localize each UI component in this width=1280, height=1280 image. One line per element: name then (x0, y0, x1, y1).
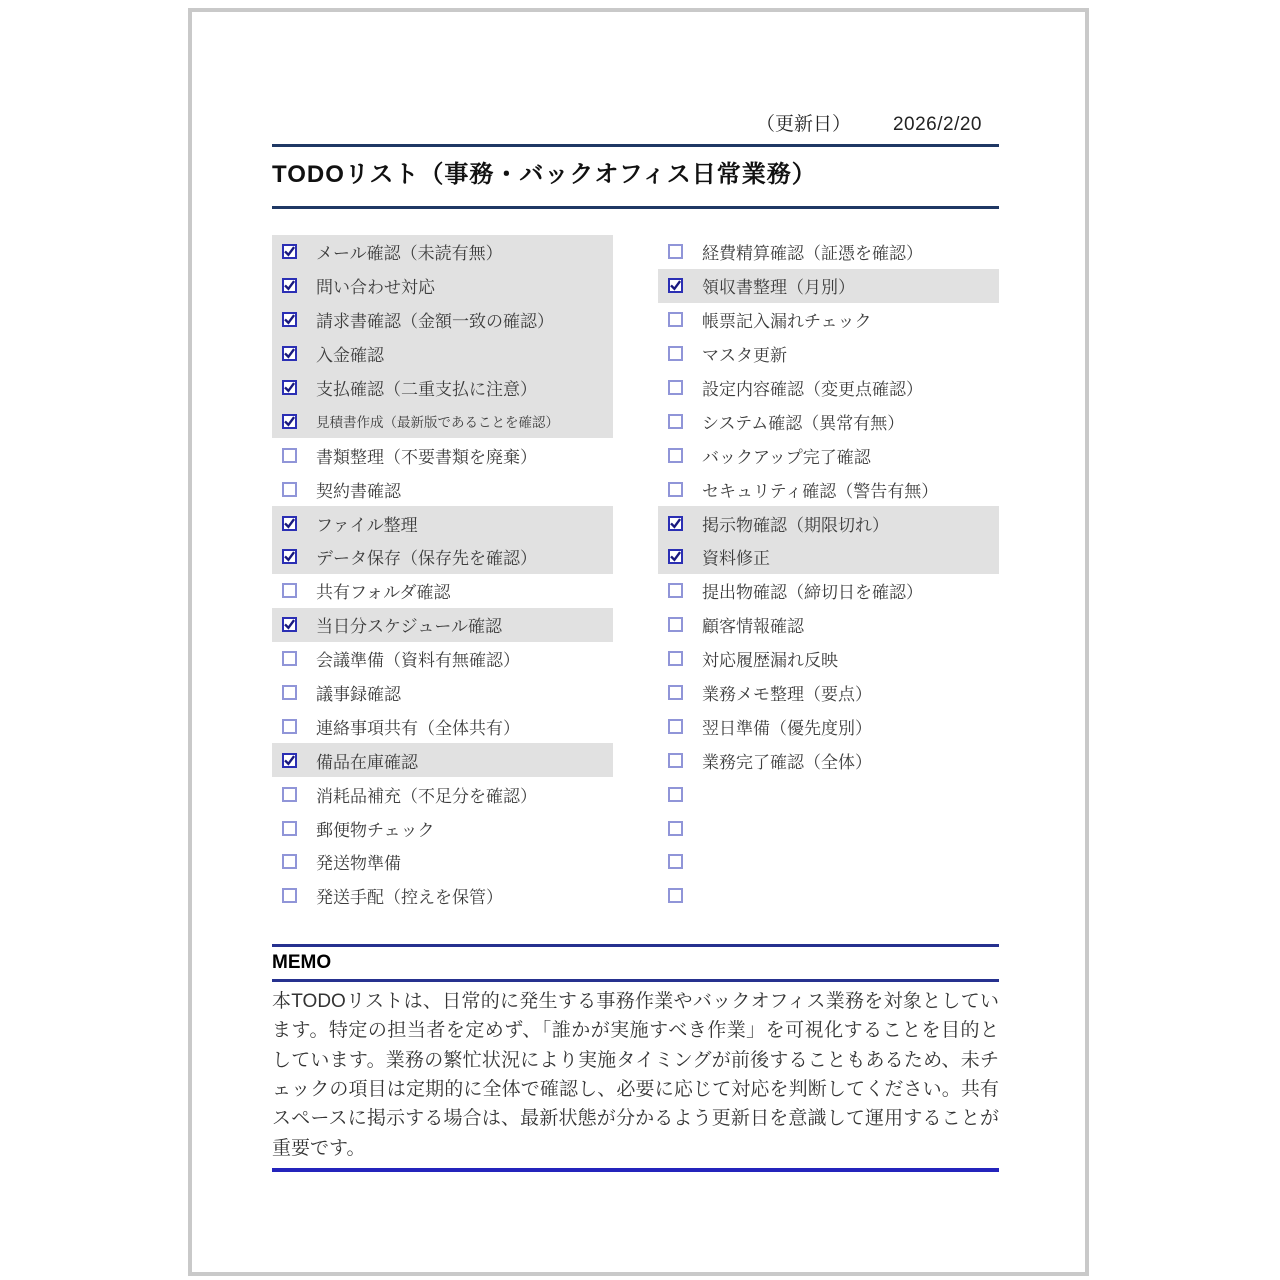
todo-row (658, 811, 999, 845)
todo-row: システム確認（異常有無） (658, 404, 999, 438)
todo-checkbox[interactable] (282, 888, 297, 903)
todo-checkbox[interactable] (668, 617, 683, 632)
check-icon (284, 381, 295, 394)
todo-checkbox[interactable] (668, 719, 683, 734)
todo-item-label: システム確認（異常有無） (702, 409, 904, 434)
todo-item-label: 提出物確認（締切日を確認） (702, 578, 923, 603)
todo-checklist: メール確認（未読有無） 問い合わせ対応 請求書確認（金額一致の確認） 入金確認 (272, 235, 999, 913)
todo-row: 翌日準備（優先度別） (658, 709, 999, 743)
updated-date-label: （更新日） (756, 114, 851, 135)
todo-checkbox[interactable] (668, 278, 683, 293)
check-icon (284, 754, 295, 767)
todo-item-label: 業務メモ整理（要点） (702, 680, 872, 705)
todo-item-label: 発送手配（控えを保管） (316, 883, 503, 908)
todo-checkbox[interactable] (282, 821, 297, 836)
check-icon (284, 550, 295, 563)
todo-row: マスタ更新 (658, 337, 999, 371)
todo-item-label: 発送物準備 (316, 849, 401, 874)
todo-checkbox[interactable] (668, 516, 683, 531)
check-icon (284, 313, 295, 326)
todo-row: 請求書確認（金額一致の確認） (272, 303, 613, 337)
todo-checkbox[interactable] (282, 787, 297, 802)
todo-checkbox[interactable] (668, 854, 683, 869)
todo-row: 経費精算確認（証憑を確認） (658, 235, 999, 269)
todo-item-label: 翌日準備（優先度別） (702, 714, 872, 739)
todo-checkbox[interactable] (282, 719, 297, 734)
todo-item-label: 備品在庫確認 (316, 748, 418, 773)
todo-checkbox[interactable] (668, 482, 683, 497)
todo-row: 契約書確認 (272, 472, 613, 506)
check-icon (670, 279, 681, 292)
todo-item-label: 見積書作成（最新版であることを確認） (316, 411, 559, 431)
todo-row (658, 879, 999, 913)
todo-checkbox[interactable] (668, 346, 683, 361)
todo-checkbox[interactable] (668, 244, 683, 259)
todo-item-label: 顧客情報確認 (702, 612, 804, 637)
todo-row: 共有フォルダ確認 (272, 574, 613, 608)
todo-item-label: 掲示物確認（期限切れ） (702, 511, 889, 536)
todo-row: 会議準備（資料有無確認） (272, 642, 613, 676)
header-rule-bottom (272, 206, 999, 209)
todo-checkbox[interactable] (282, 549, 297, 564)
checklist-column-right: 経費精算確認（証憑を確認） 領収書整理（月別） 帳票記入漏れチェック マスタ更新 (658, 235, 999, 913)
todo-row: 問い合わせ対応 (272, 269, 613, 303)
page-content: （更新日）2026/2/20 TODOリスト（事務・バックオフィス日常業務） メ… (192, 112, 1085, 1172)
todo-checkbox[interactable] (282, 617, 297, 632)
todo-item-label: 問い合わせ対応 (316, 273, 435, 298)
header-rule-top (272, 144, 999, 147)
todo-row: 議事録確認 (272, 676, 613, 710)
check-icon (284, 517, 295, 530)
screenshot-canvas: （更新日）2026/2/20 TODOリスト（事務・バックオフィス日常業務） メ… (0, 0, 1280, 1280)
todo-item-label: 請求書確認（金額一致の確認） (316, 307, 554, 332)
document-page: （更新日）2026/2/20 TODOリスト（事務・バックオフィス日常業務） メ… (188, 8, 1089, 1276)
todo-checkbox[interactable] (668, 651, 683, 666)
memo-heading: MEMO (272, 950, 999, 976)
todo-checkbox[interactable] (668, 448, 683, 463)
todo-checkbox[interactable] (282, 685, 297, 700)
todo-item-label: 経費精算確認（証憑を確認） (702, 239, 923, 264)
todo-row (658, 845, 999, 879)
todo-item-label: 当日分スケジュール確認 (316, 612, 502, 637)
todo-row: 顧客情報確認 (658, 608, 999, 642)
todo-checkbox[interactable] (282, 753, 297, 768)
check-icon (284, 415, 295, 428)
check-icon (284, 245, 295, 258)
todo-row: 掲示物確認（期限切れ） (658, 506, 999, 540)
todo-item-label: 対応履歴漏れ反映 (702, 646, 838, 671)
todo-item-label: 議事録確認 (316, 680, 401, 705)
todo-row: 備品在庫確認 (272, 743, 613, 777)
todo-item-label: 連絡事項共有（全体共有） (316, 714, 520, 739)
todo-row: 帳票記入漏れチェック (658, 303, 999, 337)
todo-row: データ保存（保存先を確認） (272, 540, 613, 574)
todo-checkbox[interactable] (282, 346, 297, 361)
todo-checkbox[interactable] (668, 414, 683, 429)
todo-row: 入金確認 (272, 337, 613, 371)
todo-checkbox[interactable] (282, 583, 297, 598)
memo-rule-mid (272, 979, 999, 982)
todo-checkbox[interactable] (668, 787, 683, 802)
todo-checkbox[interactable] (282, 854, 297, 869)
todo-checkbox[interactable] (282, 482, 297, 497)
todo-item-label: 領収書整理（月別） (702, 273, 855, 298)
updated-date-value: 2026/2/20 (893, 112, 982, 138)
todo-item-label: 業務完了確認（全体） (702, 748, 872, 773)
todo-row: 領収書整理（月別） (658, 269, 999, 303)
todo-row: 消耗品補充（不足分を確認） (272, 777, 613, 811)
todo-item-label: メール確認（未読有無） (316, 239, 503, 264)
todo-checkbox[interactable] (282, 651, 297, 666)
todo-checkbox[interactable] (282, 516, 297, 531)
todo-row: 設定内容確認（変更点確認） (658, 371, 999, 405)
todo-row: 連絡事項共有（全体共有） (272, 709, 613, 743)
todo-checkbox[interactable] (668, 312, 683, 327)
check-icon (284, 618, 295, 631)
todo-checkbox[interactable] (282, 312, 297, 327)
todo-item-label: 契約書確認 (316, 477, 401, 502)
todo-item-label: 資料修正 (702, 544, 770, 569)
todo-row: 提出物確認（締切日を確認） (658, 574, 999, 608)
todo-row: 書類整理（不要書類を廃棄） (272, 438, 613, 472)
todo-item-label: 帳票記入漏れチェック (702, 307, 872, 332)
todo-item-label: データ保存（保存先を確認） (316, 544, 537, 569)
memo-rule-top (272, 944, 999, 947)
checklist-column-left: メール確認（未読有無） 問い合わせ対応 請求書確認（金額一致の確認） 入金確認 (272, 235, 613, 913)
todo-checkbox[interactable] (282, 278, 297, 293)
todo-item-label: 入金確認 (316, 341, 384, 366)
todo-row: 支払確認（二重支払に注意） (272, 371, 613, 405)
check-icon (670, 550, 681, 563)
todo-checkbox[interactable] (668, 380, 683, 395)
todo-item-label: ファイル整理 (316, 511, 418, 536)
page-title: TODOリスト（事務・バックオフィス日常業務） (272, 158, 999, 191)
todo-row: 見積書作成（最新版であることを確認） (272, 404, 613, 438)
todo-checkbox[interactable] (282, 244, 297, 259)
todo-checkbox[interactable] (282, 380, 297, 395)
todo-item-label: バックアップ完了確認 (702, 443, 871, 468)
todo-item-label: 郵便物チェック (316, 816, 435, 841)
todo-item-label: マスタ更新 (702, 341, 787, 366)
todo-checkbox[interactable] (282, 448, 297, 463)
todo-row: セキュリティ確認（警告有無） (658, 472, 999, 506)
memo-body: 本TODOリストは、日常的に発生する事務作業やバックオフィス業務を対象としていま… (272, 987, 999, 1163)
todo-row: 業務メモ整理（要点） (658, 676, 999, 710)
memo-rule-bottom (272, 1168, 999, 1172)
todo-item-label: 設定内容確認（変更点確認） (702, 375, 923, 400)
todo-row: ファイル整理 (272, 506, 613, 540)
todo-item-label: 会議準備（資料有無確認） (316, 646, 520, 671)
todo-row: 資料修正 (658, 540, 999, 574)
todo-checkbox[interactable] (668, 753, 683, 768)
check-icon (284, 279, 295, 292)
check-icon (284, 347, 295, 360)
todo-row: 当日分スケジュール確認 (272, 608, 613, 642)
todo-item-label: 支払確認（二重支払に注意） (316, 375, 537, 400)
todo-row: 業務完了確認（全体） (658, 743, 999, 777)
todo-checkbox[interactable] (668, 549, 683, 564)
todo-checkbox[interactable] (668, 685, 683, 700)
todo-row (658, 777, 999, 811)
todo-checkbox[interactable] (668, 821, 683, 836)
todo-item-label: 共有フォルダ確認 (316, 578, 450, 603)
todo-checkbox[interactable] (282, 414, 297, 429)
todo-item-label: セキュリティ確認（警告有無） (702, 477, 938, 502)
check-icon (670, 517, 681, 530)
todo-item-label: 書類整理（不要書類を廃棄） (316, 443, 537, 468)
todo-row: メール確認（未読有無） (272, 235, 613, 269)
todo-checkbox[interactable] (668, 583, 683, 598)
todo-row: 対応履歴漏れ反映 (658, 642, 999, 676)
todo-row: 発送物準備 (272, 845, 613, 879)
todo-row: 発送手配（控えを保管） (272, 879, 613, 913)
updated-date-row: （更新日）2026/2/20 (272, 112, 999, 138)
todo-row: 郵便物チェック (272, 811, 613, 845)
todo-checkbox[interactable] (668, 888, 683, 903)
todo-item-label: 消耗品補充（不足分を確認） (316, 782, 537, 807)
todo-row: バックアップ完了確認 (658, 438, 999, 472)
